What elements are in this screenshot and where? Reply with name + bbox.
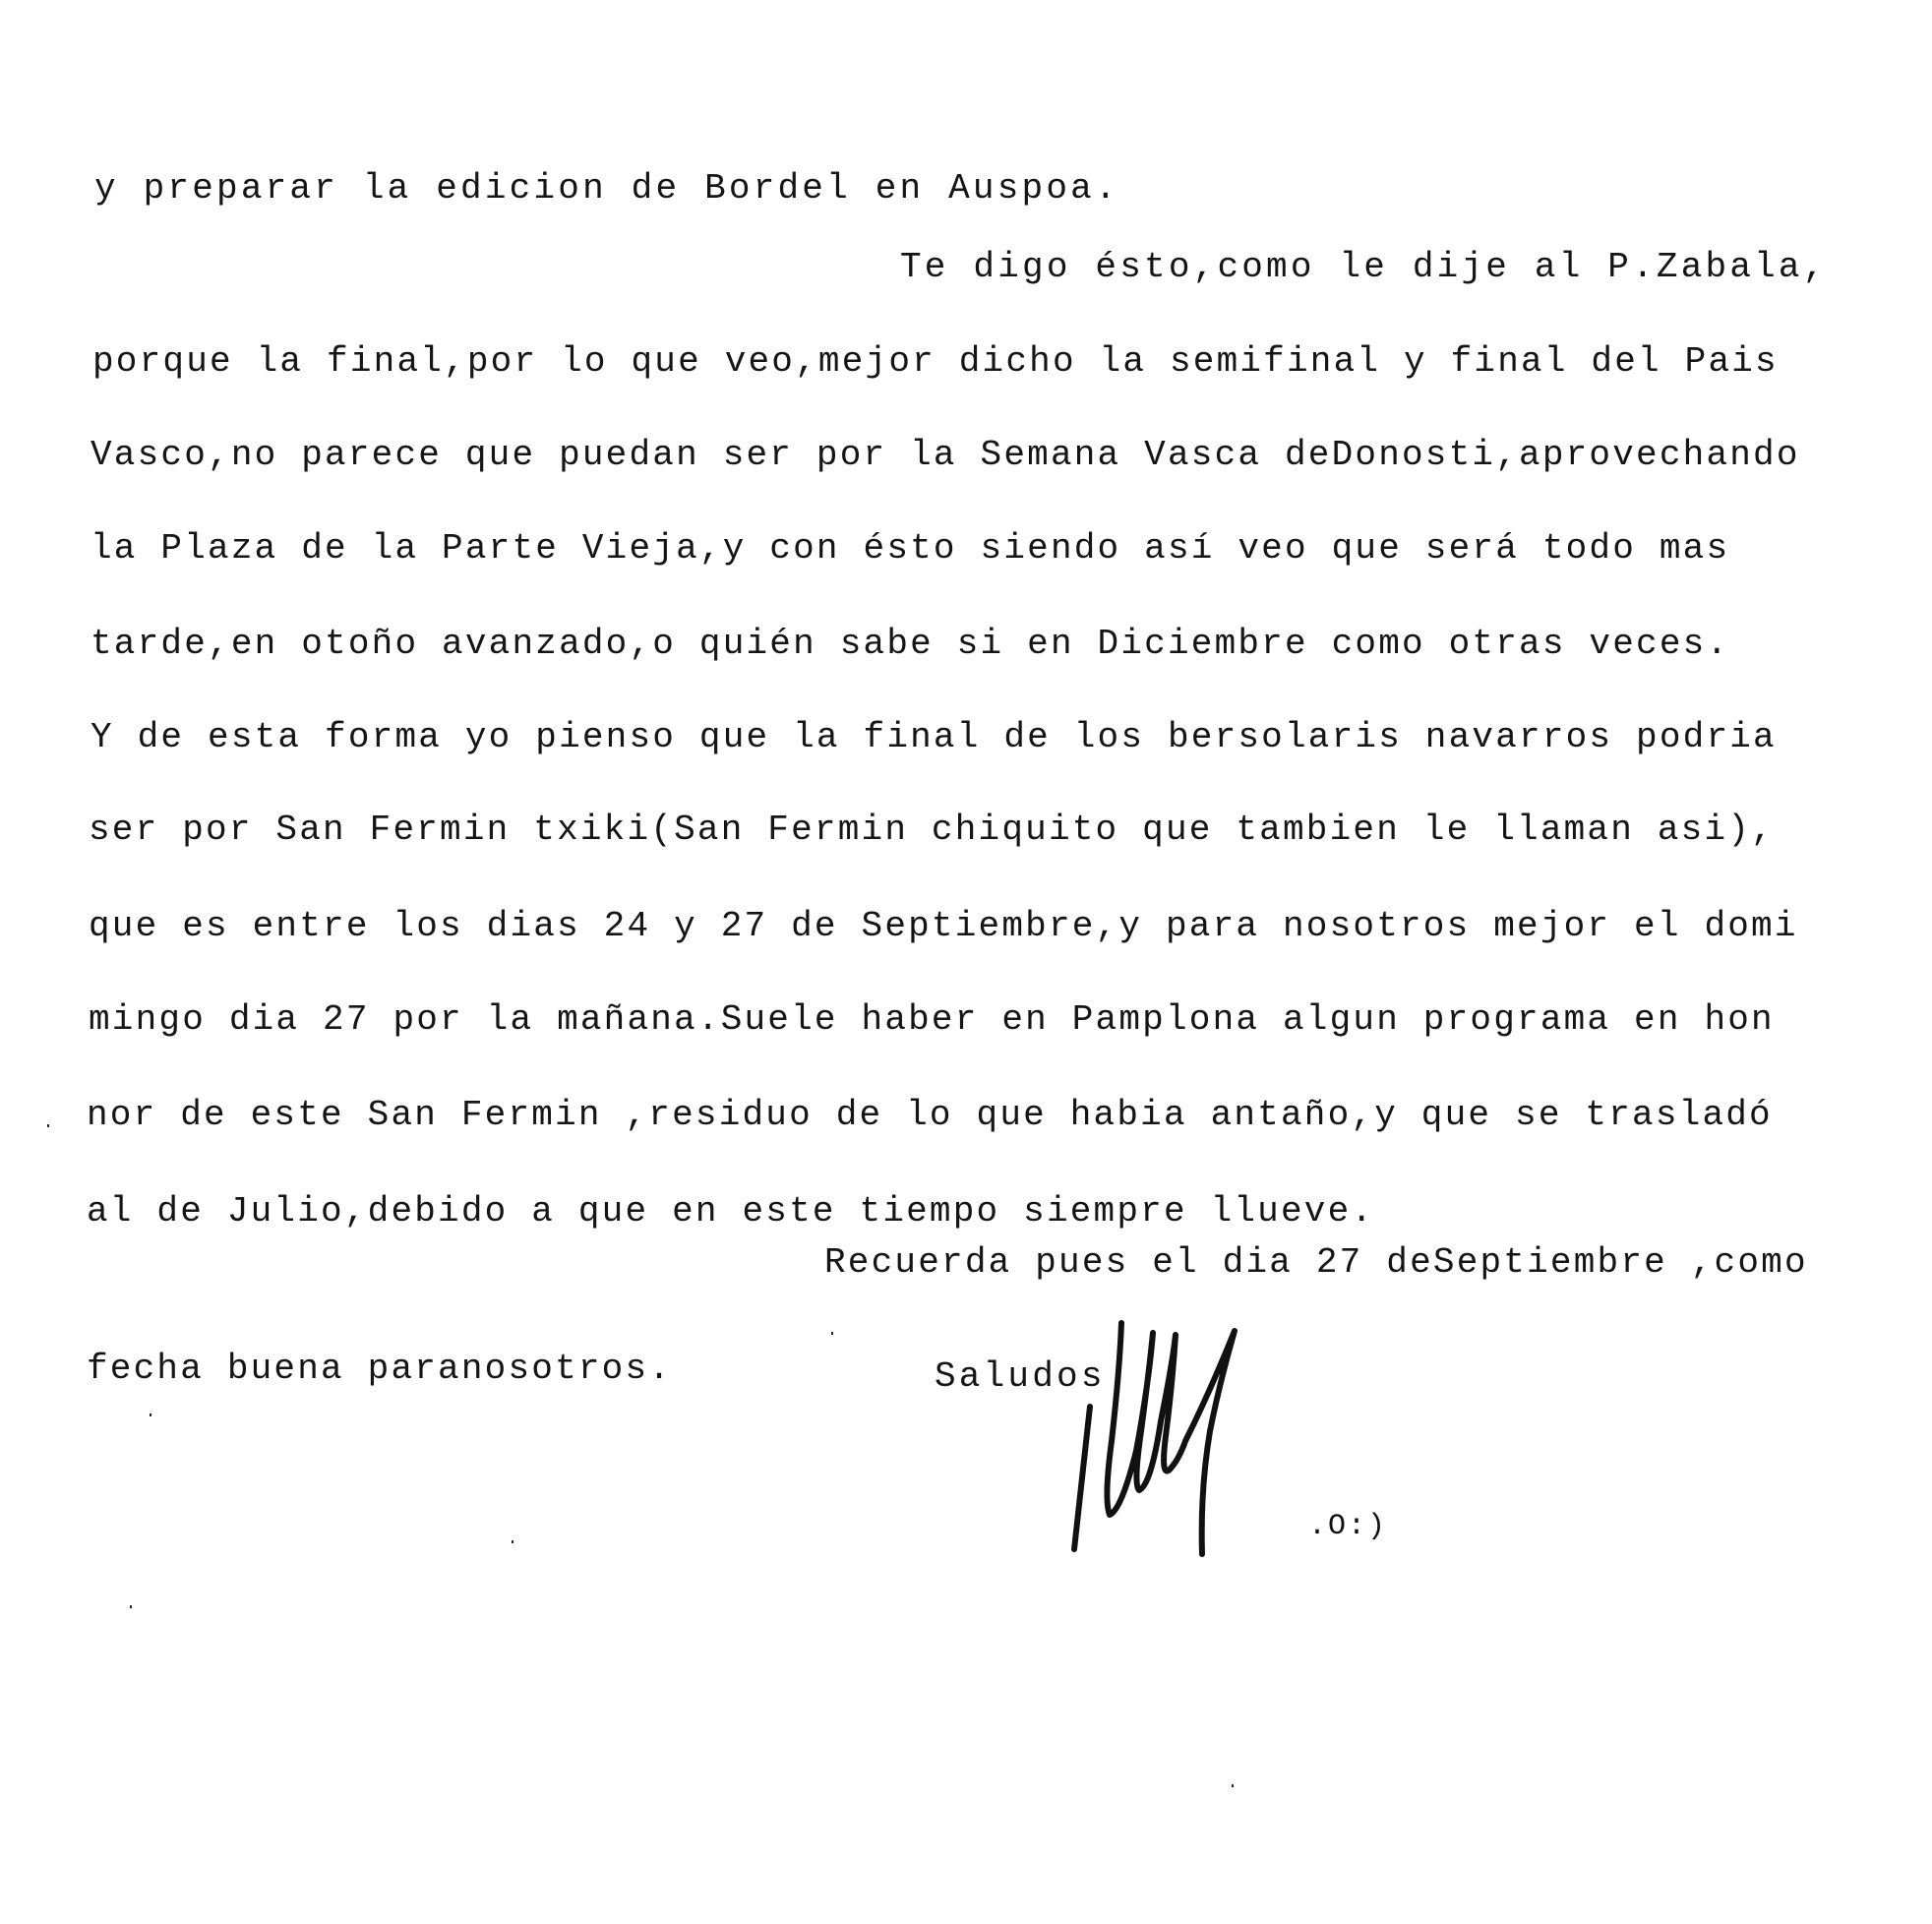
letter-line-3: porque la final,por lo que veo,mejor dic… bbox=[92, 340, 1779, 384]
letter-page: y preparar la edicion de Bordel en Auspo… bbox=[0, 0, 1932, 1924]
letter-line-9: que es entre los dias 24 y 27 de Septiem… bbox=[89, 905, 1798, 948]
handwritten-signature bbox=[1062, 1313, 1318, 1569]
letter-line-10: mingo dia 27 por la mañana.Suele haber e… bbox=[89, 998, 1775, 1042]
ink-speck bbox=[150, 1413, 151, 1416]
ink-speck bbox=[47, 1124, 49, 1127]
letter-line-4: Vasco,no parece que puedan ser por la Se… bbox=[91, 434, 1800, 477]
letter-line-6: tarde,en otoño avanzado,o quién sabe si … bbox=[91, 623, 1729, 666]
ink-speck bbox=[512, 1540, 513, 1543]
ink-speck bbox=[1232, 1784, 1234, 1787]
letter-line-8: ser por San Fermin txiki(San Fermin chiq… bbox=[89, 809, 1775, 852]
letter-line-13: Recuerda pues el dia 27 deSeptiembre ,co… bbox=[824, 1241, 1808, 1285]
ink-speck bbox=[831, 1332, 833, 1335]
ink-speck bbox=[130, 1605, 132, 1608]
letter-line-12: al de Julio,debido a que en este tiempo … bbox=[87, 1190, 1374, 1233]
letter-line-5: la Plaza de la Parte Vieja,y con ésto si… bbox=[91, 527, 1729, 571]
letter-line-14: fecha buena paranosotros. bbox=[87, 1348, 672, 1391]
signature-mark: .O:) bbox=[1308, 1510, 1387, 1543]
letter-line-7: Y de esta forma yo pienso que la final d… bbox=[91, 716, 1777, 759]
letter-line-2: Te digo ésto,como le dije al P.Zabala, bbox=[900, 246, 1828, 289]
letter-line-1: y preparar la edicion de Bordel en Auspo… bbox=[94, 167, 1119, 210]
letter-line-11: nor de este San Fermin ,residuo de lo qu… bbox=[87, 1094, 1773, 1137]
